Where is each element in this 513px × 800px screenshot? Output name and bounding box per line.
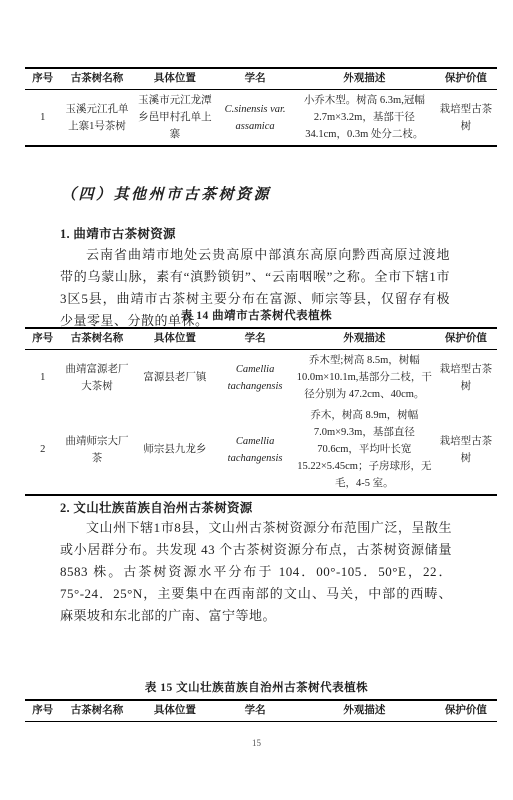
- section-heading: （四）其他州市古茶树资源: [61, 183, 271, 204]
- table-header-row: 序号古茶树名称具体位置学名外观描述保护价值: [25, 328, 497, 350]
- table-header-row: 序号古茶树名称具体位置学名外观描述保护价值: [25, 68, 497, 90]
- table-cell: 小乔木型。树高 6.3m,冠幅 2.7m×3.2m，基部干径 34.1cm，0.…: [294, 90, 435, 147]
- table-header-row: 序号古茶树名称具体位置学名外观描述保护价值: [25, 700, 497, 722]
- column-header: 序号: [25, 700, 60, 722]
- column-header: 具体位置: [134, 700, 217, 722]
- column-header: 古茶树名称: [60, 328, 133, 350]
- column-header: 学名: [216, 68, 294, 90]
- table-cell: 乔木，树高 8.9m，树幅 7.0m×9.3m，基部直径 70.6cm，平均叶长…: [294, 405, 435, 495]
- column-header: 序号: [25, 68, 60, 90]
- column-header: 具体位置: [134, 328, 217, 350]
- table-cell: 曲靖师宗大厂茶: [60, 405, 133, 495]
- table-cell: 富源县老厂镇: [134, 350, 217, 406]
- table-cell: 1: [25, 90, 60, 147]
- subsection-heading-wenshan: 2. 文山壮族苗族自治州古茶树资源: [60, 498, 253, 516]
- column-header: 序号: [25, 328, 60, 350]
- table14-caption: 表 14 曲靖市古茶树代表植株: [0, 307, 513, 323]
- table-cell: 栽培型古茶树: [435, 90, 497, 147]
- table-cell: 乔木型;树高 8.5m，树幅 10.0m×10.1m,基部分二枝，干径分别为 4…: [294, 350, 435, 406]
- column-header: 保护价值: [435, 68, 497, 90]
- column-header: 外观描述: [294, 68, 435, 90]
- column-header: 外观描述: [294, 700, 435, 722]
- table-14: 序号古茶树名称具体位置学名外观描述保护价值1曲靖富源老厂大茶树富源县老厂镇Cam…: [25, 327, 497, 496]
- table-cell: 曲靖富源老厂大茶树: [60, 350, 133, 406]
- column-header: 保护价值: [435, 700, 497, 722]
- table-cell: Camellia tachangensis: [216, 350, 294, 406]
- table-cell: Camellia tachangensis: [216, 405, 294, 495]
- table-cell: 2: [25, 405, 60, 495]
- table-cell: 栽培型古茶树: [435, 405, 497, 495]
- table-cell: C.sinensis var. assamica: [216, 90, 294, 147]
- column-header: 具体位置: [134, 68, 217, 90]
- table-row: 1曲靖富源老厂大茶树富源县老厂镇Camellia tachangensis乔木型…: [25, 350, 497, 406]
- page-number: 15: [0, 738, 513, 748]
- table-cell: 玉溪市元江龙潭乡邑甲村孔单上寨: [134, 90, 217, 147]
- table-cell: 1: [25, 350, 60, 406]
- paragraph-wenshan: 文山州下辖1市8县，文山州古茶树资源分布范围广泛，呈散生或小居群分布。共发现 4…: [60, 517, 452, 627]
- table15-caption: 表 15 文山壮族苗族自治州古茶树代表植株: [0, 679, 513, 695]
- table-cell: 师宗县九龙乡: [134, 405, 217, 495]
- table-row: 2曲靖师宗大厂茶师宗县九龙乡Camellia tachangensis乔木，树高…: [25, 405, 497, 495]
- column-header: 古茶树名称: [60, 700, 133, 722]
- table-cell: 栽培型古茶树: [435, 350, 497, 406]
- table-15: 序号古茶树名称具体位置学名外观描述保护价值: [25, 699, 497, 722]
- subsection-heading-qujing: 1. 曲靖市古茶树资源: [60, 224, 176, 242]
- column-header: 古茶树名称: [60, 68, 133, 90]
- column-header: 外观描述: [294, 328, 435, 350]
- column-header: 学名: [216, 328, 294, 350]
- table-row: 1玉溪元江孔单上寨1号茶树玉溪市元江龙潭乡邑甲村孔单上寨C.sinensis v…: [25, 90, 497, 147]
- column-header: 学名: [216, 700, 294, 722]
- table-cell: 玉溪元江孔单上寨1号茶树: [60, 90, 133, 147]
- column-header: 保护价值: [435, 328, 497, 350]
- document-page: 序号古茶树名称具体位置学名外观描述保护价值1玉溪元江孔单上寨1号茶树玉溪市元江龙…: [0, 0, 513, 800]
- table-previous-page-continuation: 序号古茶树名称具体位置学名外观描述保护价值1玉溪元江孔单上寨1号茶树玉溪市元江龙…: [25, 67, 497, 147]
